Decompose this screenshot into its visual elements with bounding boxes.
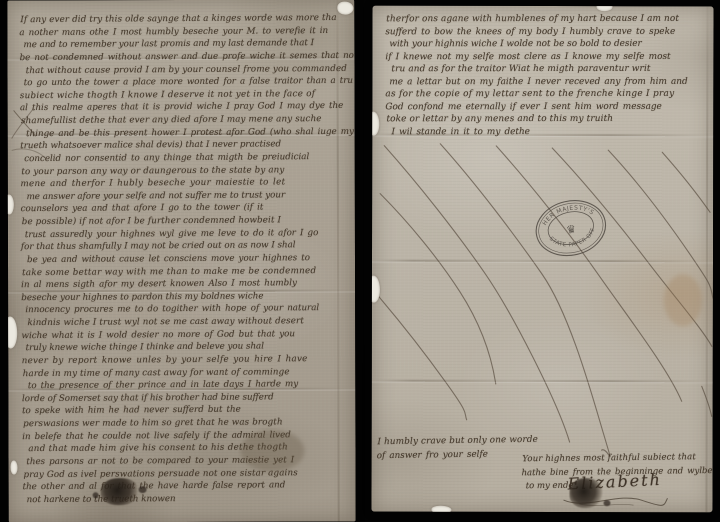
paper-damage-chip: [11, 460, 18, 474]
paper-stain: [664, 274, 702, 326]
fold-crease: [372, 380, 713, 383]
photo-black-background: If any ever did try this olde saynge tha…: [0, 0, 720, 522]
ink-blot: [93, 492, 99, 498]
handwritten-line: sufferd to bow the knees of my body I hu…: [385, 25, 711, 38]
handwritten-line: therfor ons agane with humblenes of my h…: [386, 13, 711, 26]
letter-page-left: If any ever did try this olde saynge tha…: [7, 0, 355, 522]
paper-damage-chip: [597, 6, 613, 12]
handwritten-line: with your highnis wiche I wolde not be s…: [389, 38, 711, 51]
letter-page-right: therfor ons agane with humblenes of my h…: [371, 6, 713, 513]
handwritten-line: trust assuredly your highnes wyl give me…: [25, 226, 353, 241]
handwritten-line: not harkene to the trueth knowen: [27, 492, 355, 507]
right-page-text: therfor ons agane with humblenes of my h…: [385, 13, 711, 138]
handwritten-line: never by report knowe unles by your self…: [22, 353, 354, 368]
handwritten-line: innocency procures me to do togither wit…: [25, 302, 353, 317]
paper-damage-chip: [431, 506, 451, 513]
state-paper-office-stamp: HER MAJESTY'S STATE PAPER OFF ♛: [526, 189, 616, 269]
handwritten-line: thinge and be this present hower I prote…: [26, 125, 352, 140]
handwritten-line: I wil stande in it to my dethe: [391, 125, 711, 138]
handwritten-line: as for the copie of my lettar sent to th…: [385, 88, 711, 101]
handwritten-line: concelid nor consentid to any thinge tha…: [24, 151, 352, 166]
handwritten-line: God confond me eternally if ever I sent …: [385, 100, 711, 113]
handwritten-line: if I knewe not my selfe most clere as I …: [385, 50, 711, 63]
ink-blot: [139, 486, 147, 493]
ink-blot: [569, 478, 603, 508]
paper-damage-chip: [371, 112, 379, 136]
handwritten-line: take some bettar way with me than to mak…: [22, 264, 353, 279]
paper-damage-chip: [7, 316, 17, 348]
paper-damage-chip: [337, 2, 353, 15]
handwritten-line: tru and as for the traitor Wiat he migth…: [391, 63, 711, 76]
handwritten-line: me a lettar but on my faithe I never rec…: [389, 75, 711, 88]
paper-damage-chip: [7, 194, 14, 214]
crown-emblem-icon: ♛: [565, 222, 578, 237]
handwritten-line: I humbly crave but only one worde: [377, 432, 556, 449]
left-page-text: If any ever did try this olde saynge tha…: [19, 12, 354, 507]
ink-blot: [603, 500, 610, 506]
handwritten-line: toke or lettar by any menes and to this …: [386, 113, 711, 126]
paper-damage-chip: [371, 276, 379, 303]
